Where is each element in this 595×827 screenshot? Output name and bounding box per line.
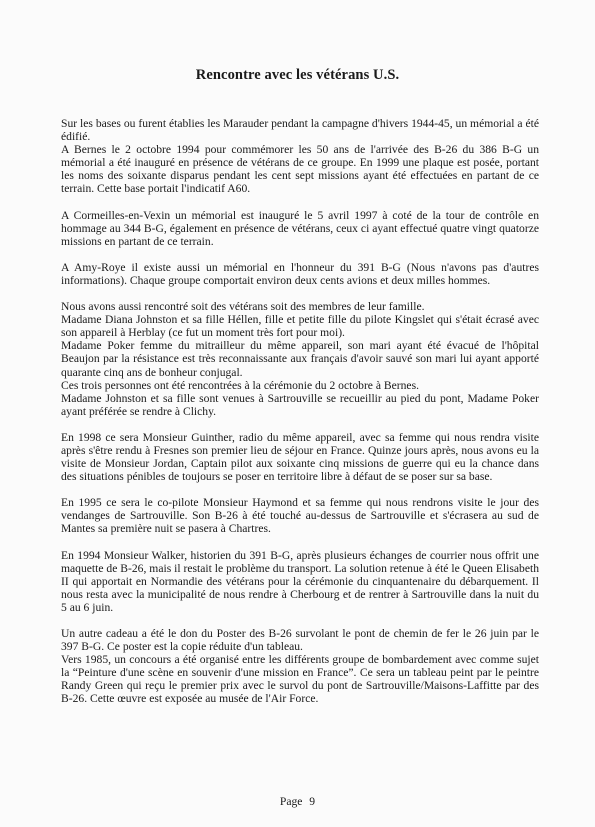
- paragraph-1994-walker: En 1994 Monsieur Walker, historien du 39…: [61, 549, 539, 614]
- paragraph-families: Nous avons aussi rencontré soit des vété…: [61, 300, 539, 418]
- text-line: A Bernes le 2 octobre 1994 pour commémor…: [61, 143, 539, 195]
- text-line: Madame Johnston et sa fille sont venues …: [61, 392, 539, 418]
- document-page: Rencontre avec les vétérans U.S. Sur les…: [0, 0, 595, 827]
- paragraph-memorials-bernes: Sur les bases ou furent établies les Mar…: [61, 117, 539, 196]
- text-line: A Amy-Roye il existe aussi un mémorial e…: [61, 261, 539, 287]
- paragraph-poster: Un autre cadeau a été le don du Poster d…: [61, 627, 539, 706]
- paragraph-amy-roye: A Amy-Roye il existe aussi un mémorial e…: [61, 261, 539, 287]
- text-line: Ces trois personnes ont été rencontrées …: [61, 379, 539, 392]
- text-line: Vers 1985, un concours a été organisé en…: [61, 653, 539, 705]
- text-line: Madame Diana Johnston et sa fille Héllen…: [61, 313, 539, 339]
- body-text: Sur les bases ou furent établies les Mar…: [61, 117, 539, 719]
- page-number: Page 9: [0, 795, 595, 808]
- text-line: Nous avons aussi rencontré soit des vété…: [61, 300, 539, 313]
- text-line: En 1995 ce sera le co-pilote Monsieur Ha…: [61, 496, 539, 535]
- paragraph-cormeilles: A Cormeilles-en-Vexin un mémorial est in…: [61, 209, 539, 248]
- text-line: A Cormeilles-en-Vexin un mémorial est in…: [61, 209, 539, 248]
- page-title: Rencontre avec les vétérans U.S.: [0, 67, 595, 84]
- text-line: Sur les bases ou furent établies les Mar…: [61, 117, 539, 143]
- text-line: En 1998 ce sera Monsieur Guinther, radio…: [61, 431, 539, 483]
- paragraph-1995-haymond: En 1995 ce sera le co-pilote Monsieur Ha…: [61, 496, 539, 535]
- text-line: Madame Poker femme du mitrailleur du mêm…: [61, 339, 539, 378]
- paragraph-1998-guinther: En 1998 ce sera Monsieur Guinther, radio…: [61, 431, 539, 483]
- text-line: Un autre cadeau a été le don du Poster d…: [61, 627, 539, 653]
- text-line: En 1994 Monsieur Walker, historien du 39…: [61, 549, 539, 614]
